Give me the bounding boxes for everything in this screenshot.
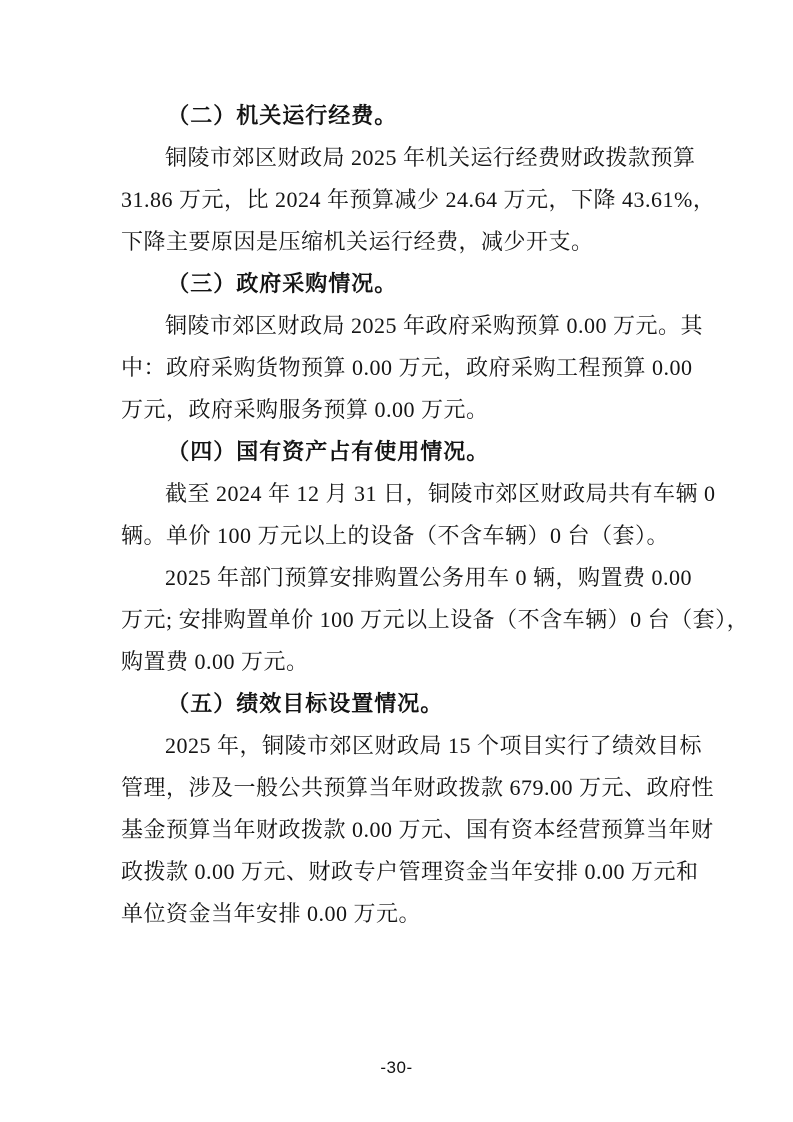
paragraph-line: 铜陵市郊区财政局 2025 年政府采购预算 0.00 万元。其 [121, 305, 674, 347]
document-page: （二）机关运行经费。 铜陵市郊区财政局 2025 年机关运行经费财政拨款预算 3… [0, 0, 793, 1122]
paragraph-line: 政拨款 0.00 万元、财政专户管理资金当年安排 0.00 万元和 [121, 851, 674, 893]
document-body: （二）机关运行经费。 铜陵市郊区财政局 2025 年机关运行经费财政拨款预算 3… [121, 95, 674, 935]
paragraph-line: 单位资金当年安排 0.00 万元。 [121, 893, 674, 935]
section-heading-government-procurement: （三）政府采购情况。 [121, 263, 674, 305]
paragraph-line: 中：政府采购货物预算 0.00 万元，政府采购工程预算 0.00 [121, 347, 674, 389]
page-number: -30- [0, 1058, 793, 1078]
section-heading-performance-targets: （五）绩效目标设置情况。 [121, 683, 674, 725]
paragraph-line: 铜陵市郊区财政局 2025 年机关运行经费财政拨款预算 [121, 137, 674, 179]
paragraph-line: 万元; 安排购置单价 100 万元以上设备（不含车辆）0 台（套）， [121, 599, 674, 641]
section-heading-state-assets: （四）国有资产占有使用情况。 [121, 431, 674, 473]
paragraph-line: 下降主要原因是压缩机关运行经费，减少开支。 [121, 221, 674, 263]
paragraph-line: 万元，政府采购服务预算 0.00 万元。 [121, 389, 674, 431]
section-heading-agency-operating-costs: （二）机关运行经费。 [121, 95, 674, 137]
paragraph-line: 2025 年，铜陵市郊区财政局 15 个项目实行了绩效目标 [121, 725, 674, 767]
paragraph-line: 31.86 万元，比 2024 年预算减少 24.64 万元，下降 43.61%… [121, 179, 674, 221]
paragraph-line: 购置费 0.00 万元。 [121, 641, 674, 683]
paragraph-line: 管理，涉及一般公共预算当年财政拨款 679.00 万元、政府性 [121, 767, 674, 809]
paragraph-line: 截至 2024 年 12 月 31 日，铜陵市郊区财政局共有车辆 0 [121, 473, 674, 515]
paragraph-line: 基金预算当年财政拨款 0.00 万元、国有资本经营预算当年财 [121, 809, 674, 851]
paragraph-line: 辆。单价 100 万元以上的设备（不含车辆）0 台（套）。 [121, 515, 674, 557]
paragraph-line: 2025 年部门预算安排购置公务用车 0 辆，购置费 0.00 [121, 557, 674, 599]
